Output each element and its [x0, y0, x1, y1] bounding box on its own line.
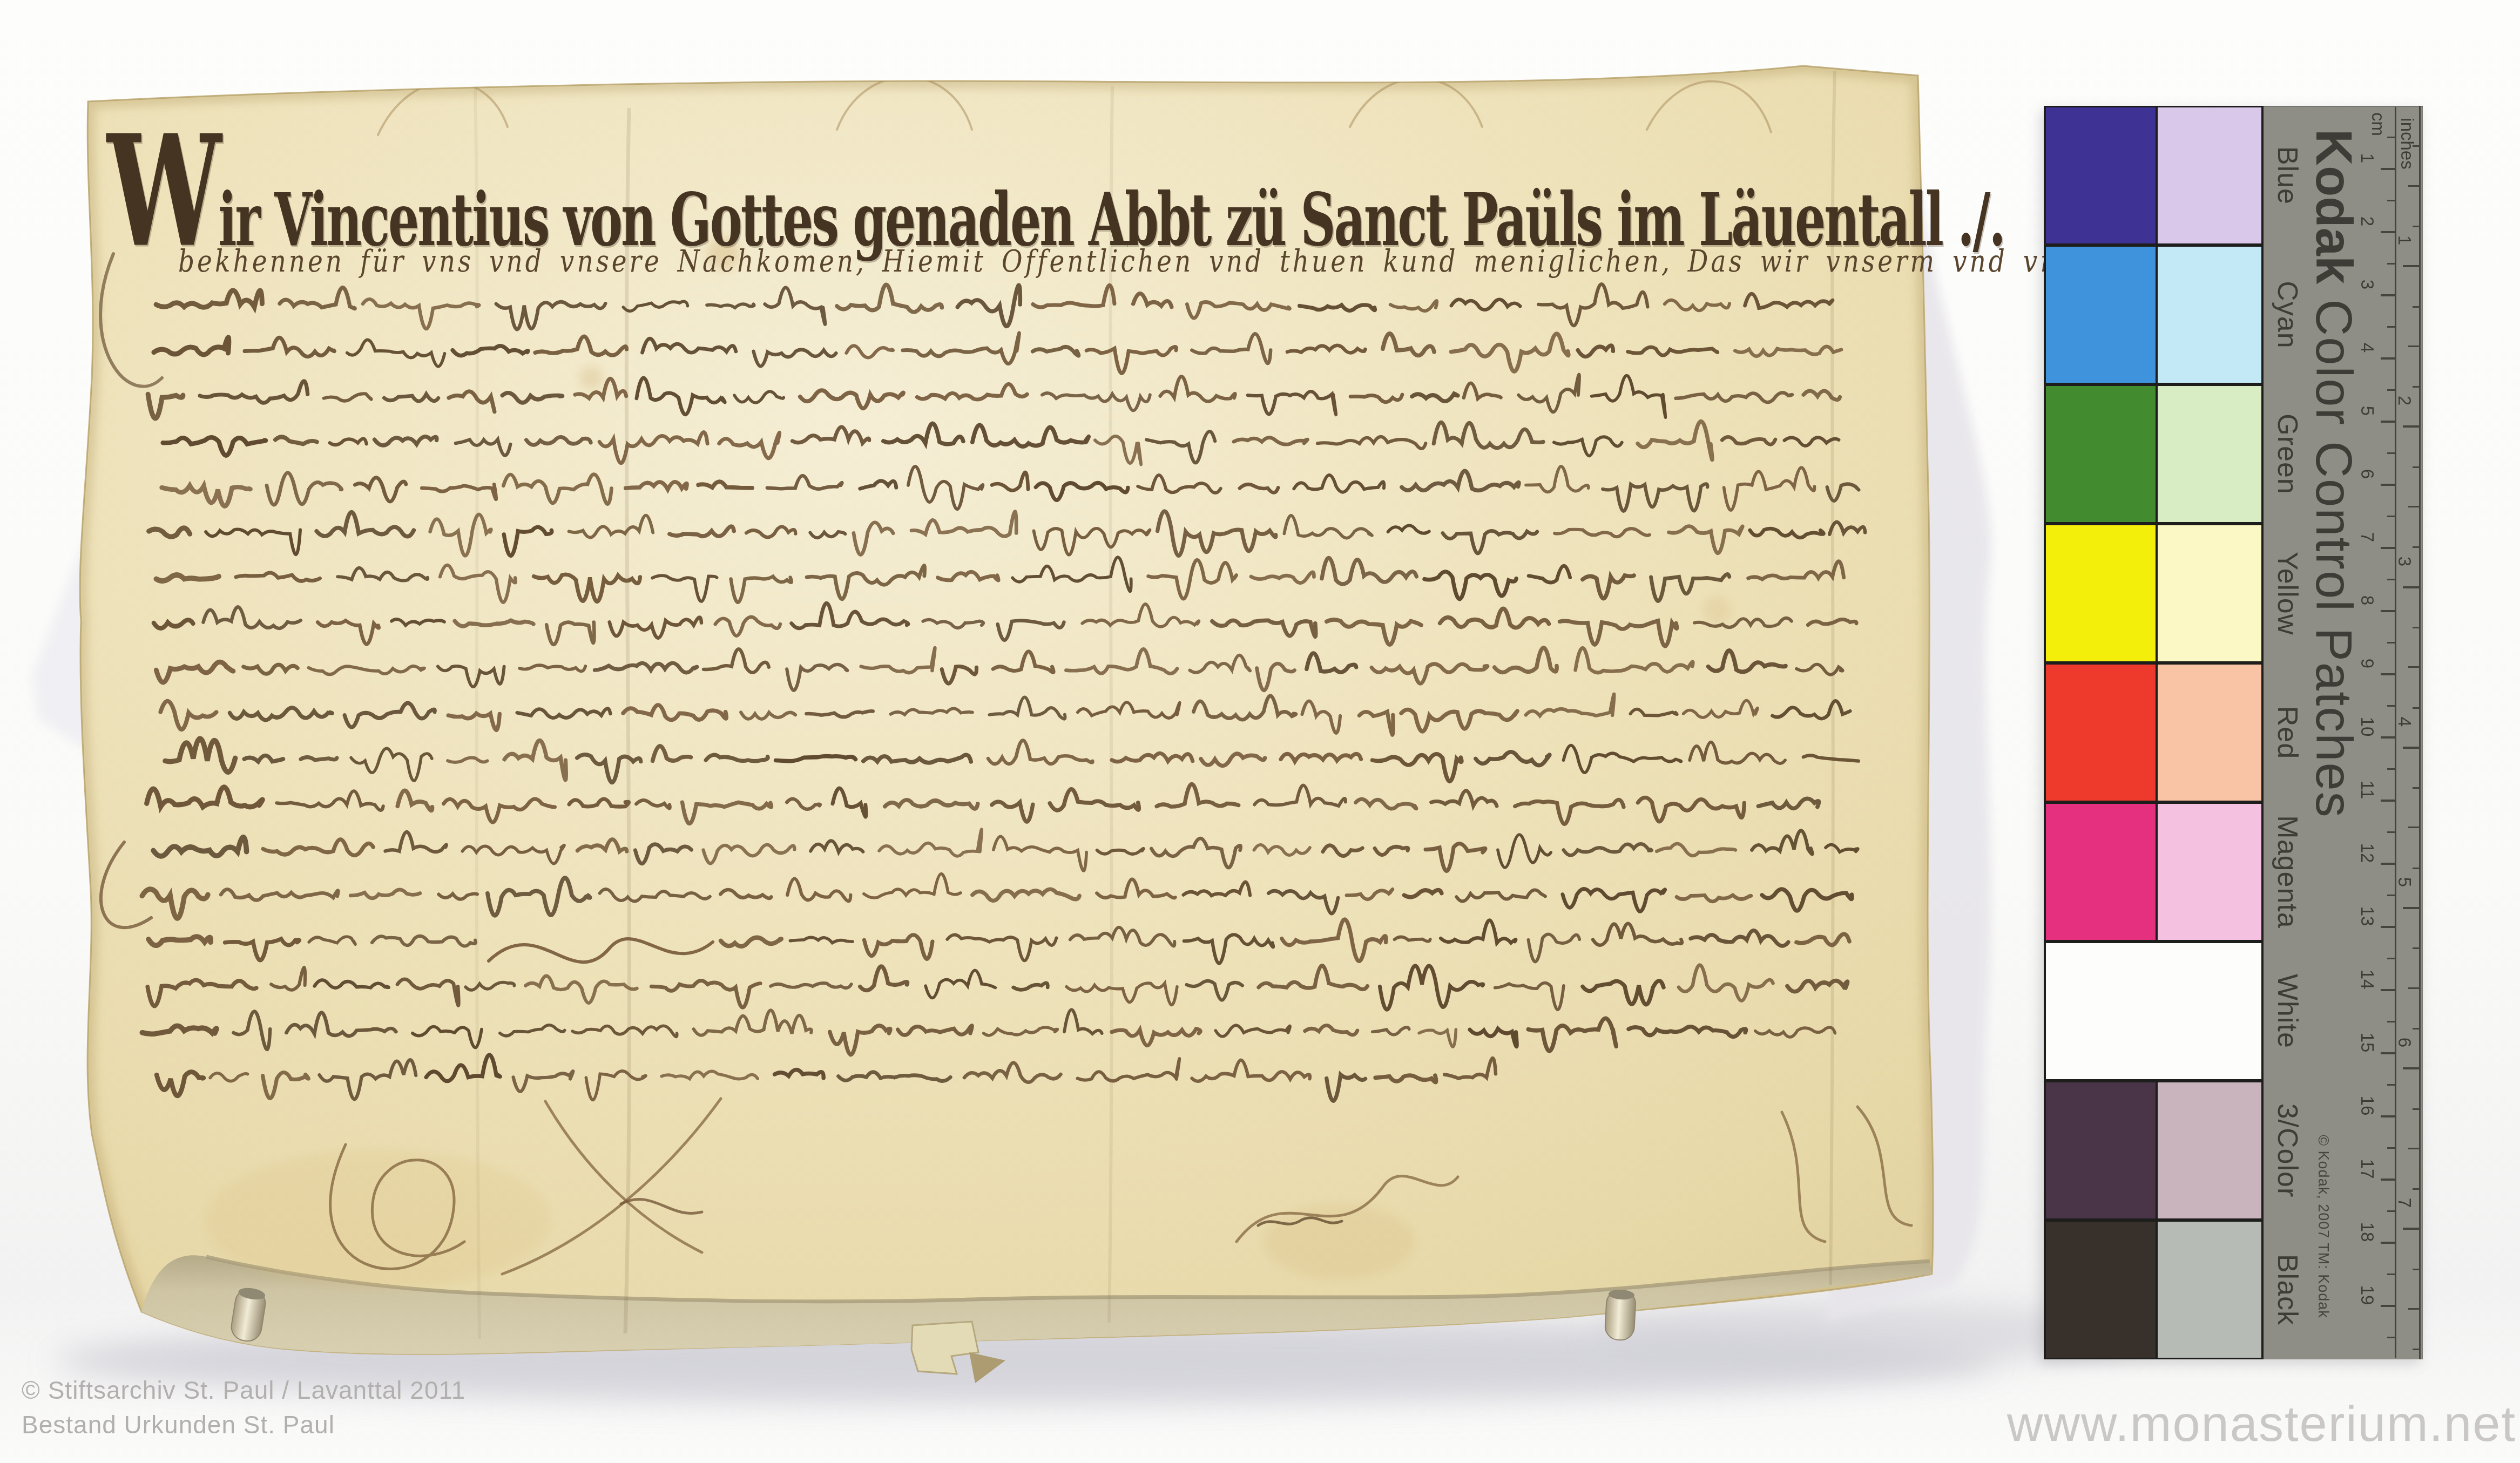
ruler-tick [2413, 1188, 2419, 1190]
ruler-tick [2403, 425, 2419, 428]
patch-3/color-solid [2046, 1082, 2156, 1218]
ruler-tick [2419, 106, 2421, 1359]
inch-number-2: 2 [2395, 384, 2414, 417]
seal-tab-roll-right [1605, 1289, 1637, 1341]
ruler-tick [2413, 145, 2419, 147]
patch-blue-tint [2158, 107, 2261, 243]
ruler-tick [2387, 200, 2395, 201]
patch-black-tint [2158, 1222, 2261, 1358]
ruler-tick [2387, 516, 2395, 517]
cm-number-4: 4 [2357, 331, 2377, 364]
ruler-tick [2381, 1115, 2395, 1117]
color-patch-grid [2044, 106, 2264, 1359]
ruler-tick [2387, 705, 2395, 707]
patch-red-tint [2158, 665, 2261, 801]
patch-label-cyan: Cyan [2272, 245, 2302, 384]
cm-number-11: 11 [2357, 774, 2377, 806]
inch-number-7: 7 [2395, 1187, 2414, 1219]
cm-number-1: 1 [2357, 142, 2377, 174]
cm-number-16: 16 [2357, 1089, 2377, 1122]
patch-cyan-solid [2046, 247, 2156, 383]
watermark-archive-line1: © Stiftsarchiv St. Paul / Lavanttal 2011 [22, 1376, 465, 1405]
patch-yellow-tint [2158, 525, 2261, 661]
ruler-tick [2387, 895, 2395, 896]
ruler-unit-inches: inches [2398, 103, 2416, 184]
watermark-archive-line2: Bestand Urkunden St. Paul [22, 1410, 335, 1439]
ruler-tick [2381, 357, 2395, 360]
ruler-tick [2408, 827, 2419, 828]
ruler-tick [2387, 958, 2395, 959]
patch-label-red: Red [2272, 663, 2302, 802]
ruler-tick [2403, 1067, 2419, 1069]
ruler-tick [2387, 1147, 2395, 1149]
ruler-tick [2408, 506, 2419, 507]
ruler-tick [2413, 466, 2419, 468]
ruler-tick [2387, 642, 2395, 644]
ruler-tick [2408, 987, 2419, 989]
ruler-tick [2387, 1210, 2395, 1212]
ruler-tick [2403, 907, 2419, 909]
patch-cyan-tint [2158, 247, 2261, 383]
ruler-tick [2387, 1274, 2395, 1275]
ruler-tick [2413, 1028, 2419, 1029]
cm-number-10: 10 [2357, 710, 2377, 743]
patch-blue-solid [2046, 107, 2156, 243]
patch-label-black: Black [2272, 1220, 2302, 1359]
cm-number-7: 7 [2357, 521, 2377, 553]
ruler-tick [2381, 989, 2395, 991]
cm-number-17: 17 [2357, 1153, 2377, 1185]
charter-subheading: bekhennen für vns vnd vnsere Nachkomen, … [178, 244, 1906, 279]
patch-black-solid [2046, 1222, 2156, 1358]
ruler-tick [2381, 231, 2395, 233]
ruler-tick [2387, 1084, 2395, 1086]
cm-number-14: 14 [2357, 963, 2377, 995]
patch-label-blue: Blue [2272, 106, 2302, 245]
ruler-tick [2413, 1269, 2419, 1270]
ruler-tick [2381, 294, 2395, 296]
ruler-tick [2413, 868, 2419, 869]
watermark-website: www.monasterium.net [1901, 1396, 2516, 1453]
cm-number-19: 19 [2357, 1279, 2377, 1311]
ruler-tick [2413, 306, 2419, 308]
ruler-tick [2387, 1337, 2395, 1338]
ruler-tick [2381, 800, 2395, 802]
patch-label-3/color: 3/Color [2272, 1081, 2302, 1220]
patch-label-white: White [2272, 942, 2302, 1081]
cm-number-15: 15 [2357, 1026, 2377, 1059]
ruler-tick [2381, 926, 2395, 928]
ruler-tick [2381, 484, 2395, 486]
ruler-tick [2408, 185, 2419, 187]
inch-number-4: 4 [2395, 706, 2414, 738]
ruler-tick [2381, 168, 2395, 170]
patch-3/color-tint [2158, 1082, 2261, 1218]
patch-label-magenta: Magenta [2272, 802, 2302, 942]
ruler-tick [2381, 547, 2395, 549]
ruler-tick [2413, 1349, 2419, 1350]
ruler-tick [2413, 707, 2419, 709]
ruler-tick [2413, 947, 2419, 949]
kodak-copyright: © Kodak, 2007 TM: Kodak [2315, 1059, 2332, 1394]
inch-number-3: 3 [2395, 545, 2414, 578]
ruler-tick [2403, 747, 2419, 749]
ruler-tick [2413, 1108, 2419, 1110]
ruler-tick [2381, 1242, 2395, 1244]
ruler-tick [2381, 1052, 2395, 1054]
patch-white [2046, 943, 2261, 1079]
ruler-tick [2403, 586, 2419, 588]
ruler-tick [2387, 452, 2395, 454]
inch-number-1: 1 [2395, 224, 2414, 256]
ruler-tick [2413, 226, 2419, 227]
ruler-tick [2381, 673, 2395, 675]
ruler-tick [2408, 1308, 2419, 1310]
cm-number-9: 9 [2357, 647, 2377, 680]
kodak-ruler-bar: KodakColor Control Patches cm inches © K… [2264, 106, 2423, 1359]
ruler-tick [2381, 1178, 2395, 1181]
cm-number-18: 18 [2357, 1216, 2377, 1248]
ruler-tick [2387, 579, 2395, 580]
patch-green-solid [2046, 386, 2156, 522]
patch-green-tint [2158, 386, 2261, 522]
ruler-tick [2381, 736, 2395, 739]
ruler-tick [2413, 787, 2419, 789]
cm-number-6: 6 [2357, 458, 2377, 490]
patch-label-yellow: Yellow [2272, 524, 2302, 663]
ruler-tick [2387, 326, 2395, 328]
ruler-tick [2413, 546, 2419, 548]
cm-number-3: 3 [2357, 268, 2377, 301]
cm-number-8: 8 [2357, 584, 2377, 617]
ruler-tick [2408, 346, 2419, 347]
ruler-tick [2403, 1228, 2419, 1230]
ruler-unit-cm: cm [2369, 105, 2387, 143]
cm-number-5: 5 [2357, 395, 2377, 427]
ruler-tick [2387, 831, 2395, 833]
inch-number-5: 5 [2395, 866, 2414, 898]
ruler-tick [2387, 1021, 2395, 1022]
patch-magenta-solid [2046, 804, 2156, 940]
cm-number-12: 12 [2357, 837, 2377, 869]
ruler-tick [2381, 421, 2395, 423]
ruler-tick [2381, 863, 2395, 865]
ruler-tick [2387, 768, 2395, 770]
ruler-tick [2403, 265, 2419, 267]
inch-number-6: 6 [2395, 1026, 2414, 1059]
kodak-title: KodakColor Control Patches [2308, 129, 2360, 1209]
ruler-tick [2408, 1148, 2419, 1149]
archival-scan-photo: Wir Vincentius von Gottes genaden Abbt z… [0, 0, 2520, 1463]
ruler-tick [2413, 386, 2419, 388]
charter-heading: Wir Vincentius von Gottes genaden Abbt z… [107, 111, 1943, 354]
kodak-color-control-target: KodakColor Control Patches cm inches © K… [2044, 106, 2423, 1359]
cm-number-2: 2 [2357, 205, 2377, 238]
ruler-tick [2381, 610, 2395, 612]
ruler-tick [2381, 1305, 2395, 1307]
patch-label-green: Green [2272, 384, 2302, 524]
ruler-tick [2387, 389, 2395, 391]
patch-red-solid [2046, 665, 2156, 801]
patch-magenta-tint [2158, 804, 2261, 940]
ruler-tick [2408, 666, 2419, 668]
ruler-tick [2387, 137, 2395, 138]
ruler-tick [2387, 263, 2395, 265]
cm-number-13: 13 [2357, 900, 2377, 932]
ruler-tick [2413, 627, 2419, 628]
patch-yellow-solid [2046, 525, 2156, 661]
